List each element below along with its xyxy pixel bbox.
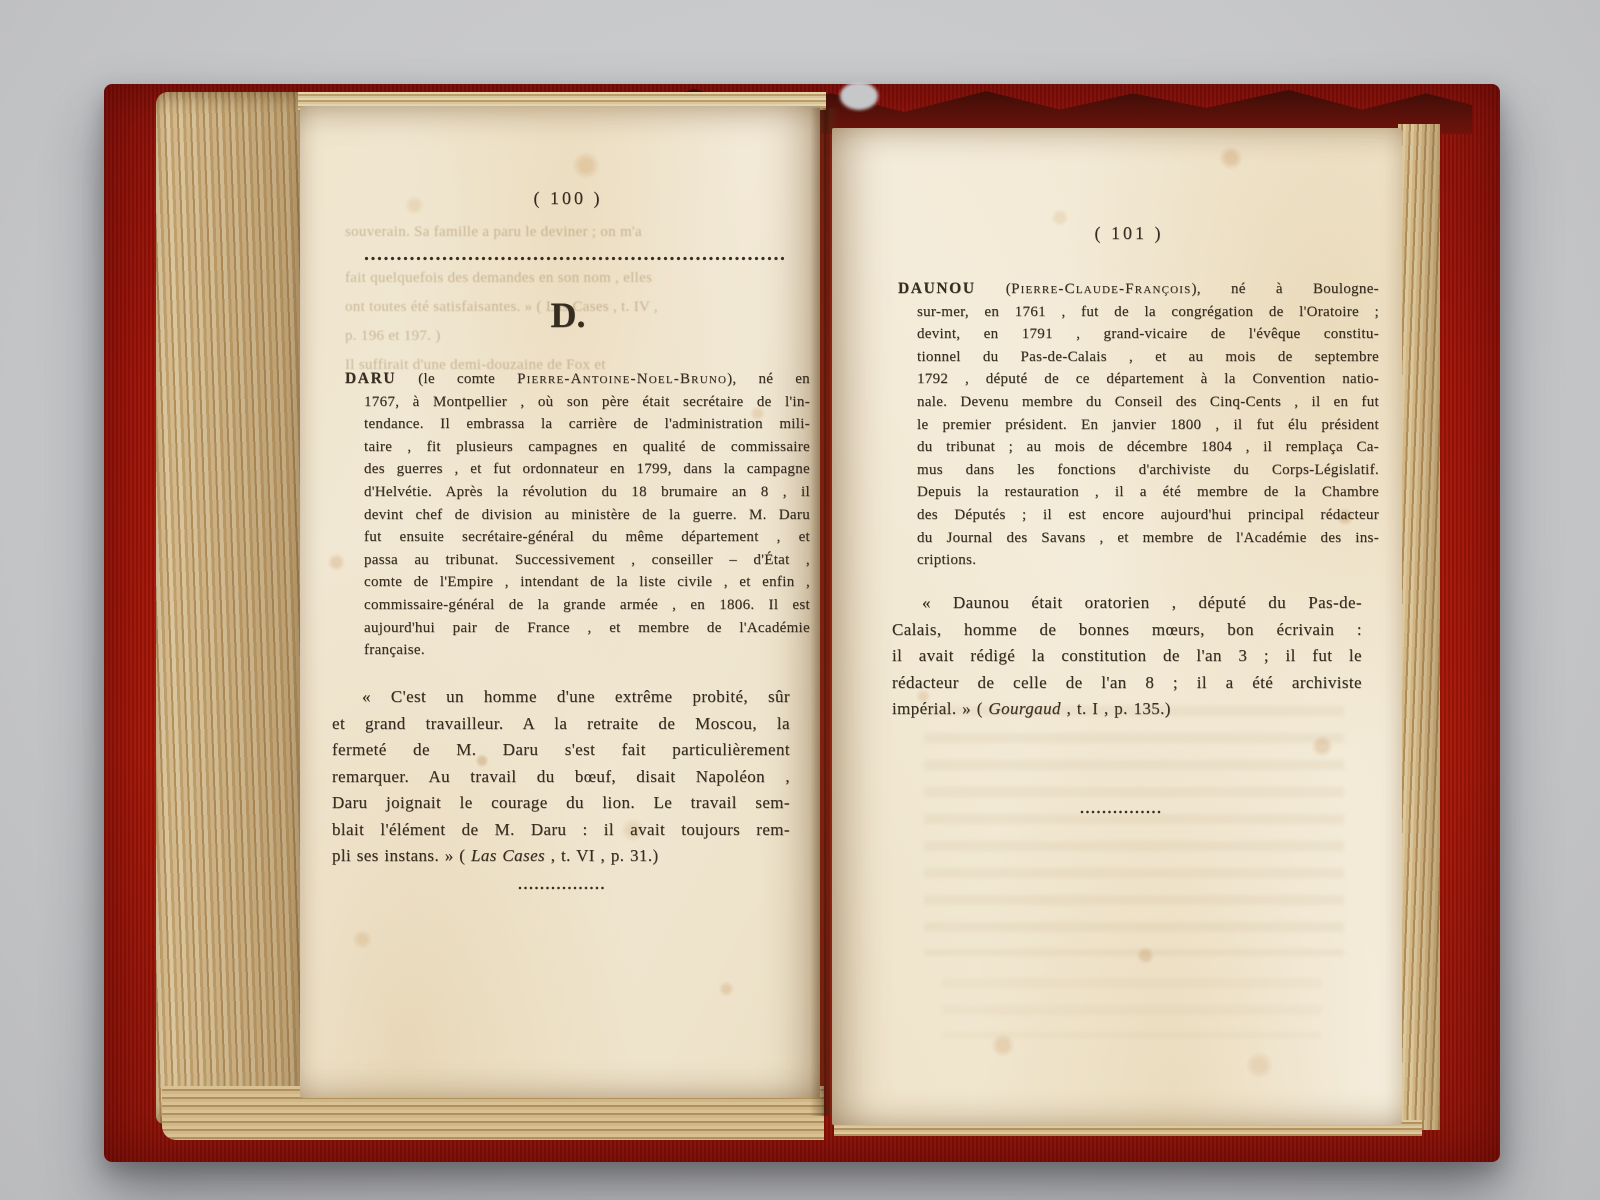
entry-term: DARU bbox=[345, 370, 396, 387]
entry-first-line: DARU (le comte Pierre-Antoine-Noel-Bruno… bbox=[345, 368, 810, 391]
dotted-rule-small-ornament bbox=[518, 886, 604, 890]
page-number-right: ( 101 ) bbox=[898, 223, 1360, 244]
show-through-smudge bbox=[942, 978, 1322, 1038]
quotation-paragraph: « Daunou était oratorien , député du Pas… bbox=[892, 590, 1362, 723]
citation-source: Las Cases bbox=[471, 846, 545, 865]
right-page: ( 101 ) DAUNOU (Pierre-Claude-François),… bbox=[832, 128, 1402, 1125]
quote-lines: « C'est un homme d'une extrême probité, … bbox=[332, 684, 790, 843]
quote-lines: « Daunou était oratorien , député du Pas… bbox=[892, 590, 1362, 696]
entry-body-lines: sur-mer, en 1761 , fut de la congrégatio… bbox=[917, 301, 1379, 572]
citation-pre: pli ses instans. » ( bbox=[332, 846, 471, 865]
entry-person-name: Pierre-Antoine-Noel-Bruno bbox=[517, 371, 727, 387]
entry-first-line-post: ), né à Boulogne- bbox=[1191, 281, 1379, 297]
dotted-rule-ornament bbox=[364, 256, 784, 261]
show-through-text: souverain. Sa famille a paru le deviner … bbox=[345, 218, 791, 247]
headcap-wear-gap bbox=[840, 82, 878, 110]
left-page: souverain. Sa famille a paru le deviner … bbox=[300, 106, 820, 1098]
show-through-smudge bbox=[924, 706, 1344, 956]
page-edges-right bbox=[1398, 124, 1440, 1130]
page-edges-left bbox=[156, 92, 306, 1124]
entry-term: DAUNOU bbox=[898, 280, 976, 297]
citation-line: pli ses instans. » ( Las Cases , t. VI ,… bbox=[332, 843, 790, 870]
dictionary-entry-daunou: DAUNOU (Pierre-Claude-François), né à Bo… bbox=[898, 278, 1379, 572]
quotation-paragraph: « C'est un homme d'une extrême probité, … bbox=[332, 684, 790, 870]
page-number-left: ( 100 ) bbox=[345, 188, 791, 209]
citation-post: , t. VI , p. 31.) bbox=[545, 846, 658, 865]
entry-first-line-pre: ( bbox=[976, 281, 1011, 297]
entry-body-lines: 1767, à Montpellier , où son père était … bbox=[364, 391, 810, 662]
entry-first-line-pre: (le comte bbox=[396, 371, 517, 387]
entry-person-name: Pierre-Claude-François bbox=[1011, 281, 1191, 297]
dictionary-entry-daru: DARU (le comte Pierre-Antoine-Noel-Bruno… bbox=[345, 368, 810, 662]
entry-first-line-post: ), né en bbox=[727, 371, 810, 387]
photo-backdrop: souverain. Sa famille a paru le deviner … bbox=[0, 0, 1600, 1200]
section-letter-heading: D. bbox=[345, 294, 791, 336]
entry-first-line: DAUNOU (Pierre-Claude-François), né à Bo… bbox=[898, 278, 1379, 301]
